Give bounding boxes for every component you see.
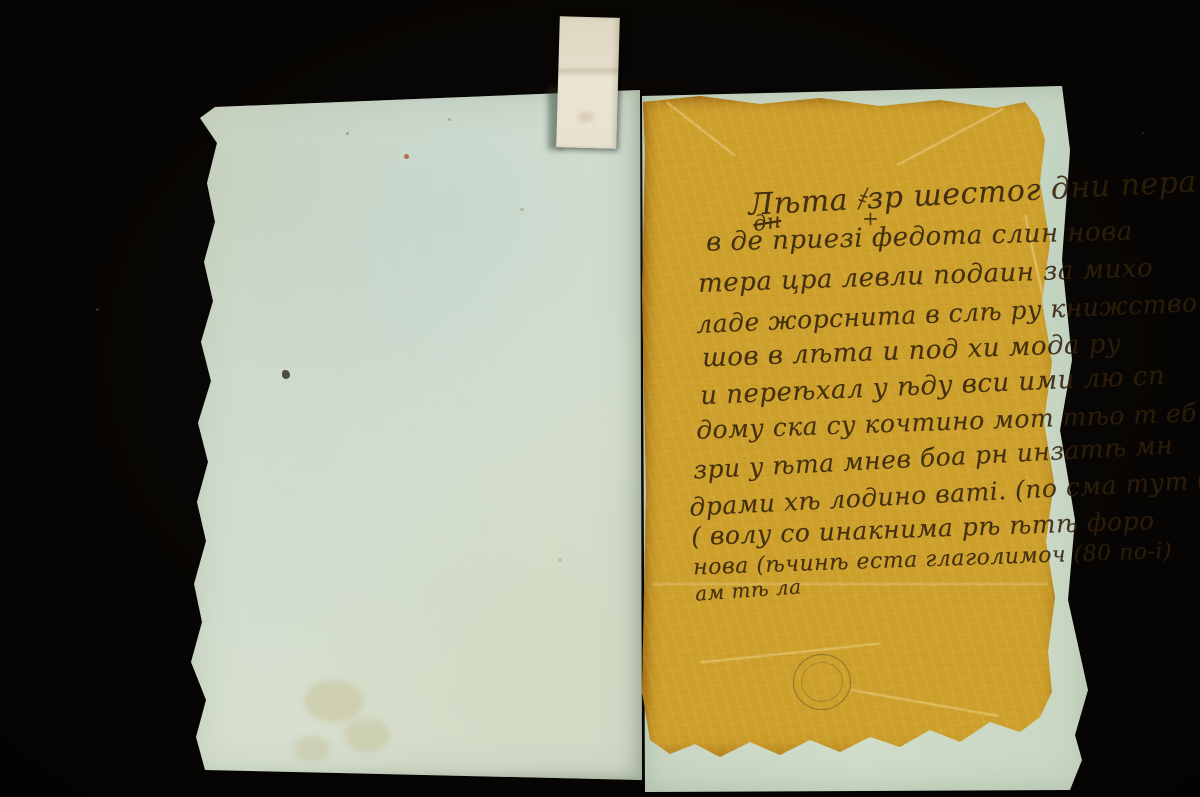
foxing-spot bbox=[346, 132, 349, 135]
water-stain bbox=[344, 718, 390, 752]
photograph-background: Лѣта ҂зр шестог дни пера дн + в де приез… bbox=[0, 0, 1200, 797]
crease-line bbox=[897, 108, 1004, 166]
ink-stamp-inner-ring bbox=[798, 659, 845, 704]
foxing-spot bbox=[448, 118, 451, 121]
foxing-spot bbox=[558, 558, 562, 562]
dust-speck bbox=[96, 308, 99, 311]
water-stain bbox=[304, 680, 364, 722]
crease-line bbox=[667, 102, 736, 156]
ink-speck bbox=[282, 370, 290, 379]
left-blank-page bbox=[186, 88, 642, 782]
bookmark-tab bbox=[556, 16, 620, 149]
water-stain bbox=[294, 736, 330, 762]
foxing-spot bbox=[404, 154, 409, 159]
foxing-spot bbox=[520, 208, 524, 211]
tab-smudge bbox=[578, 112, 594, 122]
dust-speck bbox=[1142, 132, 1144, 134]
crease-line bbox=[700, 643, 879, 663]
crease-line bbox=[851, 689, 999, 717]
